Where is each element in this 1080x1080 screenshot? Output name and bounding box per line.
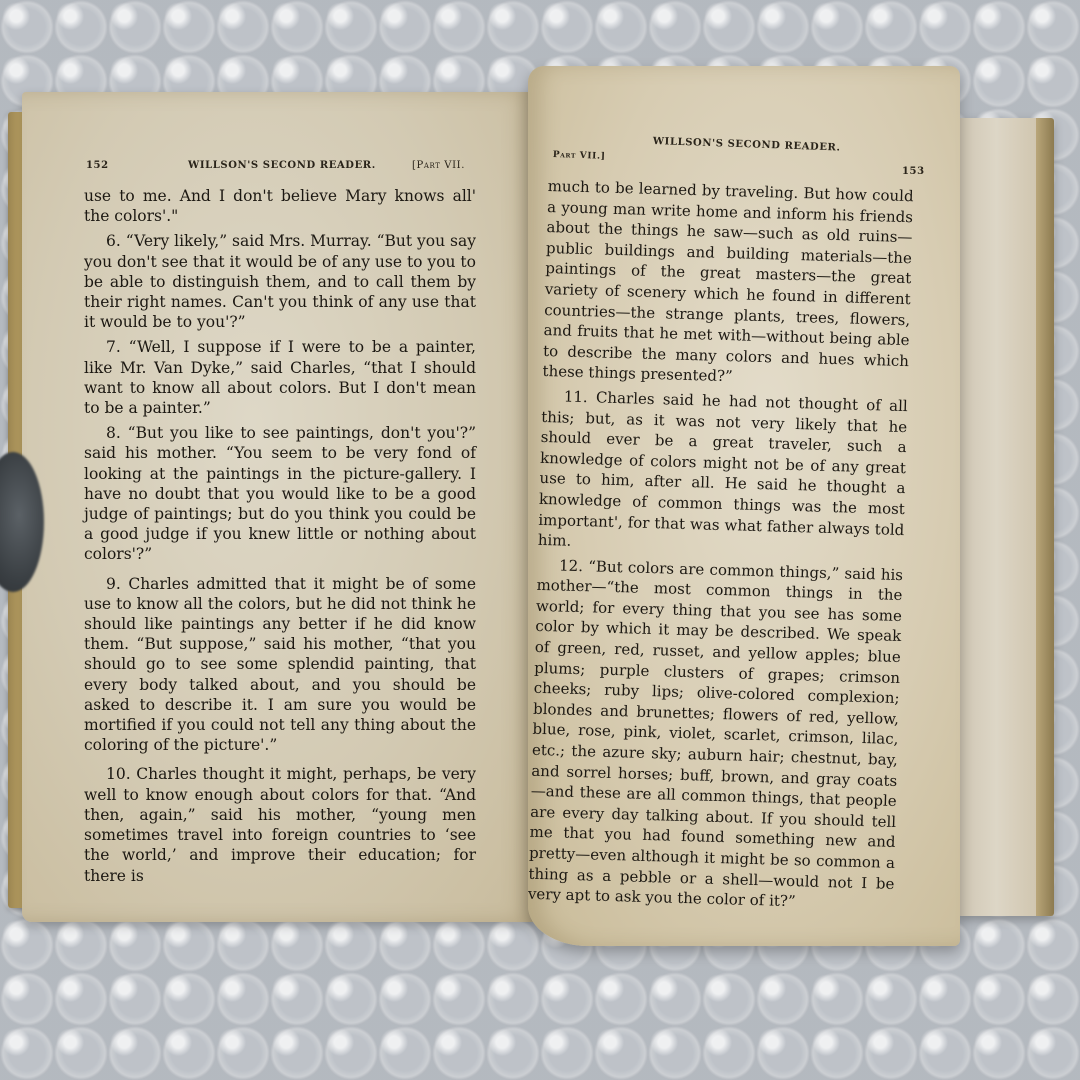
- right-part-label: Part VII.]: [553, 150, 606, 162]
- paragraph: 10. Charles thought it might, perhaps, b…: [84, 764, 476, 885]
- paragraph: much to be learned by traveling. But how…: [542, 176, 914, 392]
- paragraph: 6. “Very likely,” said Mrs. Murray. “But…: [84, 231, 476, 332]
- paragraph: 7. “Well, I suppose if I were to be a pa…: [84, 337, 476, 418]
- right-page-number: 153: [902, 166, 925, 177]
- paragraph: 8. “But you like to see paintings, don't…: [84, 423, 476, 564]
- open-book: 152 WILLSON'S SECOND READER. [Part VII. …: [0, 0, 1080, 1080]
- paragraph: 11. Charles said he had not thought of a…: [538, 386, 908, 561]
- left-page-body: use to me. And I don't believe Mary know…: [84, 186, 476, 886]
- book-cover-right: [958, 118, 1054, 916]
- paragraph: use to me. And I don't believe Mary know…: [84, 186, 476, 226]
- paragraph: 12. “But colors are common things,” said…: [528, 555, 904, 915]
- left-running-title: WILLSON'S SECOND READER.: [188, 160, 376, 171]
- left-part-label: [Part VII.: [412, 160, 465, 171]
- paragraph: 9. Charles admitted that it might be of …: [84, 574, 476, 756]
- right-page-body: much to be learned by traveling. But how…: [528, 176, 914, 915]
- left-page-number: 152: [86, 160, 109, 171]
- cover-edge: [1036, 118, 1054, 916]
